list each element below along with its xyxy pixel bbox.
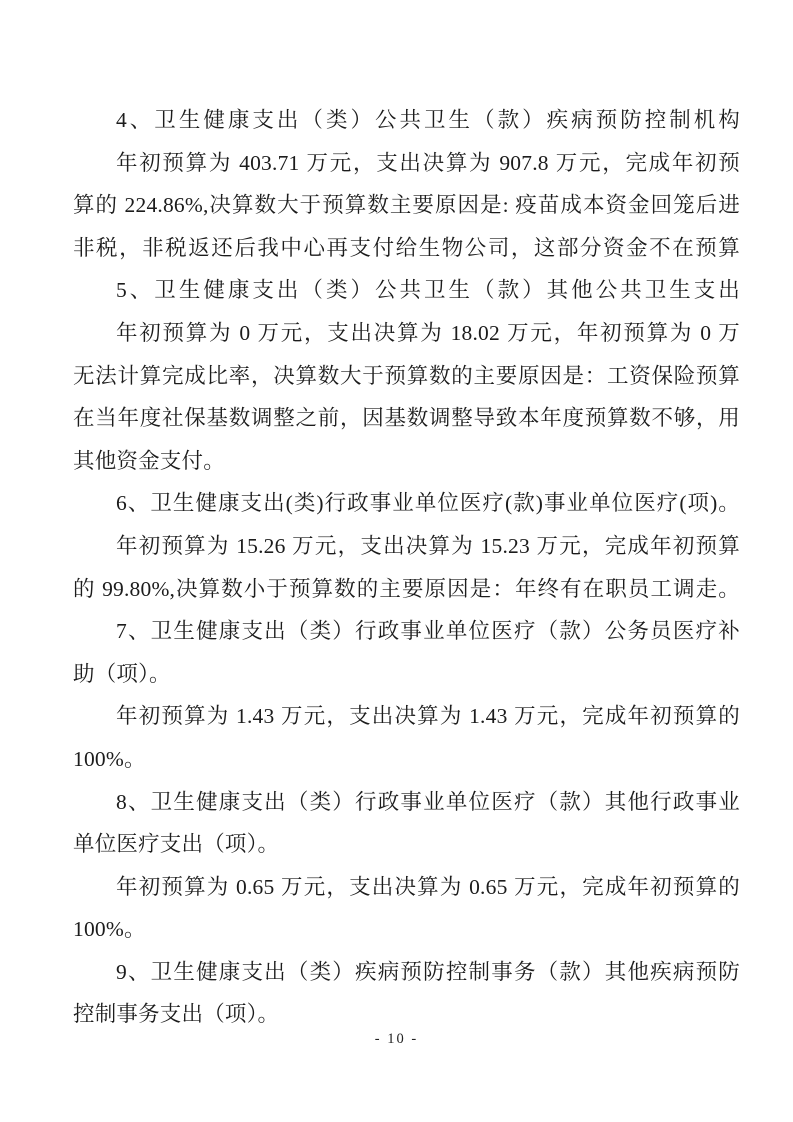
text-line: 7、卫生健康支出（类）行政事业单位医疗（款）公务员医疗补 — [73, 610, 740, 653]
text-line: 9、卫生健康支出（类）疾病预防控制事务（款）其他疾病预防 — [73, 951, 740, 994]
text-line: 无法计算完成比率，决算数大于预算数的主要原因是：工资保险预算 — [73, 355, 740, 398]
text-line: 助（项）。 — [73, 653, 740, 696]
text-line: 的 99.80%,决算数小于预算数的主要原因是：年终有在职员工调走。 — [73, 568, 740, 611]
text-line: 算的 224.86%,决算数大于预算数主要原因是: 疫苗成本资金回笼后进 — [73, 184, 740, 227]
text-line: 5、卫生健康支出（类）公共卫生（款）其他公共卫生支出（项）。 — [73, 269, 740, 312]
text-line: 100%。 — [73, 908, 740, 951]
text-line: 100%。 — [73, 738, 740, 781]
text-line: 4、卫生健康支出（类）公共卫生（款）疾病预防控制机构（项）。 — [73, 99, 740, 142]
text-line: 年初预算为 15.26 万元，支出决算为 15.23 万元，完成年初预算 — [73, 525, 740, 568]
text-line: 单位医疗支出（项）。 — [73, 823, 740, 866]
document-body: 4、卫生健康支出（类）公共卫生（款）疾病预防控制机构（项）。年初预算为 403.… — [73, 99, 740, 1036]
document-page: 4、卫生健康支出（类）公共卫生（款）疾病预防控制机构（项）。年初预算为 403.… — [0, 0, 793, 1122]
text-line: 6、卫生健康支出(类)行政事业单位医疗(款)事业单位医疗(项)。 — [73, 482, 740, 525]
text-line: 8、卫生健康支出（类）行政事业单位医疗（款）其他行政事业 — [73, 781, 740, 824]
text-line: 非税，非税返还后我中心再支付给生物公司，这部分资金不在预算内。 — [73, 227, 740, 270]
text-line: 在当年度社保基数调整之前，因基数调整导致本年度预算数不够，用 — [73, 397, 740, 440]
text-line: 年初预算为 0 万元，支出决算为 18.02 万元，年初预算为 0 万元， — [73, 312, 740, 355]
text-line: 其他资金支付。 — [73, 440, 740, 483]
text-line: 年初预算为 1.43 万元，支出决算为 1.43 万元，完成年初预算的 — [73, 695, 740, 738]
page-number: - 10 - — [0, 1031, 793, 1048]
text-line: 控制事务支出（项）。 — [73, 993, 740, 1036]
text-line: 年初预算为 403.71 万元，支出决算为 907.8 万元，完成年初预 — [73, 142, 740, 185]
text-line: 年初预算为 0.65 万元，支出决算为 0.65 万元，完成年初预算的 — [73, 866, 740, 909]
